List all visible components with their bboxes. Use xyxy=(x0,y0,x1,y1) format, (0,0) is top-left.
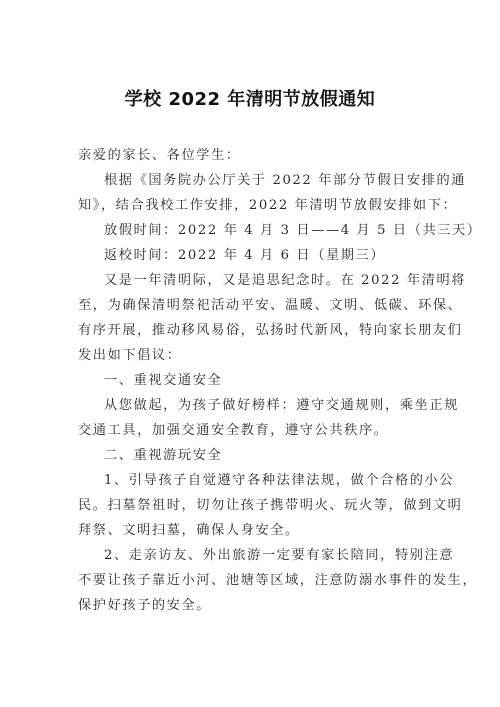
paragraph-line: 至，为确保清明祭祀活动平安、温暖、文明、低碳、环保、 xyxy=(78,293,428,318)
return-date-line: 返校时间：2022 年 4 月 6 日（星期三） xyxy=(78,243,428,268)
section-heading-traffic-safety: 一、重视交通安全 xyxy=(78,368,428,393)
salutation: 亲爱的家长、各位学生： xyxy=(78,143,428,168)
paragraph-line: 又是一年清明际，又是追思纪念时。在 2022 年清明将 xyxy=(78,268,428,293)
document-title: 学校 2022 年清明节放假通知 xyxy=(0,88,500,112)
document-body: 亲爱的家长、各位学生： 根据《国务院办公厅关于 2022 年部分节假日安排的通 … xyxy=(78,143,428,618)
section-heading-play-safety: 二、重视游玩安全 xyxy=(78,443,428,468)
list-item-1-line: 民。扫墓祭祖时，切勿让孩子携带明火、玩火等，做到文明 xyxy=(78,493,428,518)
list-item-1-line: 拜祭、文明扫墓，确保人身安全。 xyxy=(78,518,428,543)
paragraph-line: 交通工具，加强交通安全教育，遵守公共秩序。 xyxy=(78,418,428,443)
list-item-1-line: 1、引导孩子自觉遵守各种法律法规，做个合格的小公 xyxy=(78,468,428,493)
holiday-period-line: 放假时间：2022 年 4 月 3 日——4 月 5 日（共三天） xyxy=(78,218,428,243)
list-item-2-line: 2、走亲访友、外出旅游一定要有家长陪同，特别注意 xyxy=(78,543,428,568)
paragraph-line: 发出如下倡议： xyxy=(78,343,428,368)
paragraph-line: 根据《国务院办公厅关于 2022 年部分节假日安排的通 xyxy=(78,168,428,193)
list-item-2-line: 保护好孩子的安全。 xyxy=(78,593,428,618)
paragraph-line: 从您做起，为孩子做好榜样：遵守交通规则，乘坐正规 xyxy=(78,393,428,418)
paragraph-line: 有序开展，推动移风易俗，弘扬时代新风，特向家长朋友们 xyxy=(78,318,428,343)
paragraph-line: 知》，结合我校工作安排，2022 年清明节放假安排如下： xyxy=(78,193,428,218)
document-page: 学校 2022 年清明节放假通知 亲爱的家长、各位学生： 根据《国务院办公厅关于… xyxy=(0,0,500,707)
list-item-2-line: 不要让孩子靠近小河、池塘等区域，注意防溺水事件的发生， xyxy=(78,568,428,593)
